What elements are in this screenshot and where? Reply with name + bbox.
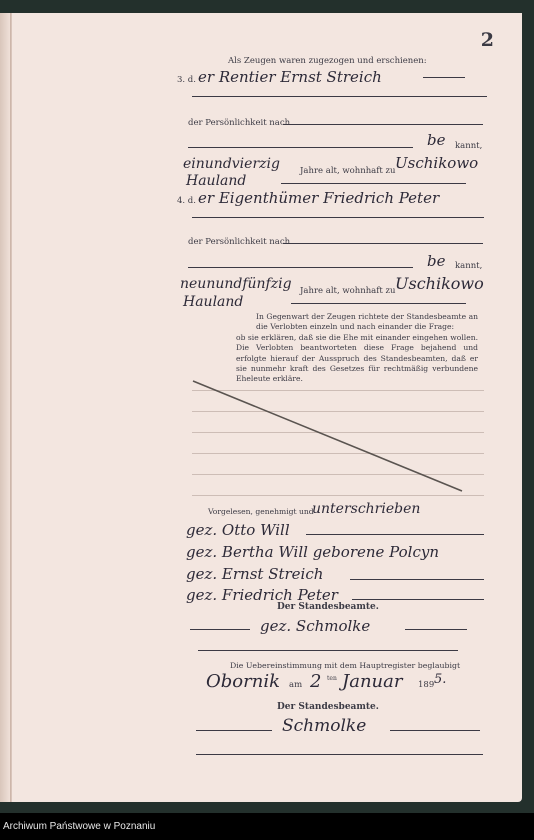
rule — [196, 754, 483, 755]
certification-day-suffix: ten — [327, 675, 337, 682]
certification-day: 2 — [310, 671, 321, 692]
rule — [190, 629, 250, 630]
registrar-title-2: Der Standesbeamte. — [277, 702, 379, 712]
registrar-title-1: Der Standesbeamte. — [277, 602, 379, 612]
certification-year: 5. — [434, 672, 446, 687]
rule — [306, 534, 484, 535]
rule — [390, 730, 480, 731]
archive-name: Archiwum Państwowe w Poznaniu — [3, 821, 155, 832]
rule — [405, 629, 467, 630]
signatures-label: Vorgelesen, genehmigt und — [208, 507, 314, 516]
signature-line-1: gez. Otto Will — [186, 521, 290, 539]
certification-month: Januar — [342, 671, 402, 692]
signature-line-3: gez. Ernst Streich — [186, 565, 323, 583]
registrar-signature-1: gez. Schmolke — [260, 617, 370, 635]
rule — [350, 579, 484, 580]
certification-am: am — [289, 680, 302, 690]
certification-place: Obornik — [206, 671, 280, 692]
rule — [198, 650, 458, 651]
rule — [352, 599, 484, 600]
registrar-signature-2: Schmolke — [282, 716, 366, 736]
rule — [196, 730, 272, 731]
signature-line-2: gez. Bertha Will geborene Polcyn — [186, 543, 439, 561]
archive-caption-bar: Archiwum Państwowe w Poznaniu — [0, 813, 534, 840]
document-page: 2 Als Zeugen waren zugezogen und erschie… — [0, 13, 522, 802]
certification-text: Die Uebereinstimmung mit dem Hauptregist… — [230, 661, 460, 670]
certification-year-prefix: 189 — [418, 680, 434, 690]
signatures-label-hw: unterschrieben — [312, 501, 420, 517]
